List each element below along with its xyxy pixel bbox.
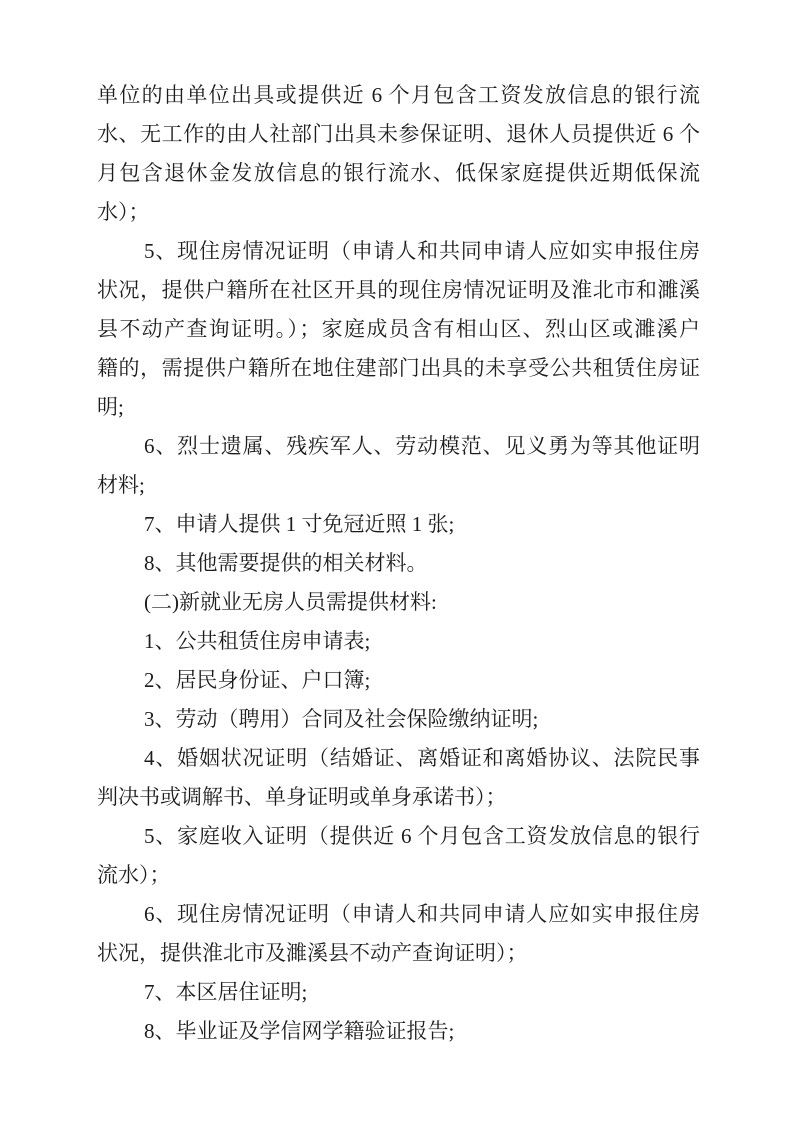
- text-line: 水、无工作的由人社部门出具未参保证明、退休人员提供近 6 个: [97, 115, 700, 154]
- text-line: 月包含退休金发放信息的银行流水、低保家庭提供近期低保流: [97, 154, 700, 193]
- text-line: 判决书或调解书、单身证明或单身承诺书）；: [97, 778, 700, 817]
- text-line: 籍的，需提供户籍所在地住建部门出具的未享受公共租赁住房证: [97, 349, 700, 388]
- text-line: 4、婚姻状况证明（结婚证、离婚证和离婚协议、法院民事: [97, 739, 700, 778]
- text-line: 状况，提供户籍所在社区开具的现住房情况证明及淮北市和濉溪: [97, 271, 700, 310]
- text-line: 3、劳动（聘用）合同及社会保险缴纳证明;: [97, 700, 700, 739]
- text-line: 8、其他需要提供的相关材料。: [97, 544, 700, 583]
- text-line: 8、毕业证及学信网学籍验证报告;: [97, 1012, 700, 1051]
- text-line: 7、本区居住证明;: [97, 973, 700, 1012]
- text-line: 1、公共租赁住房申请表;: [97, 622, 700, 661]
- text-line: 5、家庭收入证明（提供近 6 个月包含工资发放信息的银行: [97, 817, 700, 856]
- text-line: 材料;: [97, 466, 700, 505]
- text-line: 水）；: [97, 193, 700, 232]
- text-line: 6、现住房情况证明（申请人和共同申请人应如实申报住房: [97, 895, 700, 934]
- text-line: 状况，提供淮北市及濉溪县不动产查询证明）；: [97, 934, 700, 973]
- text-line: 2、居民身份证、户口簿;: [97, 661, 700, 700]
- text-line: 明;: [97, 388, 700, 427]
- document-page: 单位的由单位出具或提供近 6 个月包含工资发放信息的银行流水、无工作的由人社部门…: [0, 0, 793, 1122]
- text-line: 5、现住房情况证明（申请人和共同申请人应如实申报住房: [97, 232, 700, 271]
- text-block: 单位的由单位出具或提供近 6 个月包含工资发放信息的银行流水、无工作的由人社部门…: [97, 76, 700, 1051]
- text-line: 单位的由单位出具或提供近 6 个月包含工资发放信息的银行流: [97, 76, 700, 115]
- text-line: 7、申请人提供 1 寸免冠近照 1 张;: [97, 505, 700, 544]
- text-line: 6、烈士遗属、残疾军人、劳动模范、见义勇为等其他证明: [97, 427, 700, 466]
- text-line: 县不动产查询证明。）；家庭成员含有相山区、烈山区或濉溪户: [97, 310, 700, 349]
- text-line: (二)新就业无房人员需提供材料:: [97, 583, 700, 622]
- text-line: 流水）；: [97, 856, 700, 895]
